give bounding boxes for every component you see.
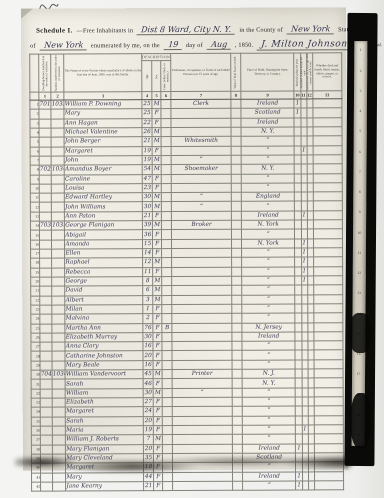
occupation-value: ” [172, 202, 232, 212]
sex-value: F [153, 416, 162, 425]
sex-value: F [152, 174, 161, 183]
real-estate-value [231, 109, 241, 118]
census-table: Dwelling-houses numbered in the order of… [29, 52, 344, 491]
sex-value: M [153, 435, 162, 444]
color-value [162, 258, 172, 267]
family-number [52, 361, 65, 370]
real-estate-value [232, 397, 242, 406]
person-name: John [64, 156, 142, 166]
age-value: 45 [143, 370, 153, 379]
person-name: John Williams [65, 202, 143, 212]
line-number: 25 [31, 324, 40, 333]
color-value [162, 370, 172, 379]
line-number: 16 [31, 240, 40, 249]
edge-page-number: 3 [354, 90, 367, 94]
person-name: Albert [65, 295, 143, 305]
birthplace-value: Ireland [241, 118, 295, 128]
col-number-13: 13 [312, 91, 341, 99]
sex-value: M [152, 165, 161, 174]
occupation-value [173, 425, 233, 435]
color-value [162, 351, 172, 360]
dwelling-number: 702 [39, 165, 51, 174]
line-number: 36 [31, 426, 40, 435]
occupation-value [172, 313, 232, 323]
schedule-title-line2: of New York enumerated by me, on the 19 … [30, 33, 382, 53]
sex-value: M [152, 128, 161, 137]
family-number [52, 202, 65, 211]
line-number: 4 [30, 128, 39, 137]
occupation-value [173, 435, 233, 445]
person-name: Mary Beale [65, 360, 143, 370]
dwelling-number [39, 147, 51, 156]
age-value: 25 [142, 109, 152, 118]
day-of-label: day of [186, 42, 203, 49]
line-number: 34 [31, 407, 40, 416]
remarks-value [313, 192, 342, 201]
col-value-header: Value of Real Estate owned. [231, 53, 241, 91]
occupation-value [173, 416, 233, 426]
age-value: 6 [143, 286, 153, 295]
remarks-value [313, 266, 342, 275]
occupation-value [173, 397, 233, 407]
occupation-value: Whitesmith [171, 137, 231, 147]
real-estate-value [232, 351, 242, 360]
birthplace-value: ” [241, 146, 295, 156]
age-value: 8 [143, 277, 153, 286]
birthplace-value: ” [242, 350, 296, 360]
birthplace-value: ” [242, 416, 296, 426]
marshal-signature: J. Milton Johnson [257, 39, 352, 50]
remarks-value [313, 211, 342, 220]
dwelling-number [40, 268, 52, 277]
color-value [162, 379, 172, 388]
person-name: Malvina [65, 314, 143, 324]
edge-page-number: 8 [353, 191, 366, 195]
sex-value: M [153, 258, 162, 267]
family-number [52, 351, 65, 360]
family-number [52, 407, 65, 416]
real-estate-value [231, 164, 241, 173]
edge-page-number: 10 [353, 232, 366, 236]
real-estate-value [232, 434, 242, 443]
family-number [51, 119, 64, 128]
dwelling-number [39, 212, 51, 221]
color-value [162, 416, 172, 425]
line-number: 11 [30, 193, 39, 202]
line-number: 27 [31, 342, 40, 351]
remarks-value [313, 145, 342, 154]
census-rows: 1 701 1033 William P. Downing 25 M Clerk… [30, 99, 344, 491]
dwelling-number [40, 296, 52, 305]
occupation-value: Clerk [171, 99, 231, 109]
age-value: 39 [142, 221, 152, 230]
person-name: Margaret [66, 407, 144, 417]
remarks-value [313, 155, 342, 164]
remarks-value [313, 285, 342, 294]
remarks-value [314, 406, 343, 415]
family-number [52, 258, 65, 267]
color-value [161, 155, 171, 164]
occupation-value [172, 211, 232, 221]
line-number: 30 [31, 370, 40, 379]
occupation-value: ” [171, 155, 231, 165]
color-value [161, 118, 171, 127]
dwelling-number [40, 249, 52, 258]
real-estate-value [232, 304, 242, 313]
dwelling-number [40, 398, 52, 407]
color-value [161, 174, 171, 183]
birthplace-value: ” [242, 257, 296, 267]
remarks-value [313, 322, 342, 331]
age-value: 2 [143, 314, 153, 323]
occupation-value [171, 109, 231, 119]
remarks-value [314, 332, 343, 341]
occupation-value [172, 248, 232, 258]
occupation-value: Shoemaker [172, 164, 232, 174]
edge-page-number: 11 [353, 252, 366, 256]
line-number: 15 [30, 231, 39, 240]
sex-value: F [153, 239, 162, 248]
real-estate-value [231, 220, 241, 229]
dwelling-number [40, 324, 52, 333]
family-number [52, 417, 65, 426]
family-number: 1034 [51, 165, 64, 174]
birthplace-value: ” [242, 388, 296, 398]
color-value [162, 388, 172, 397]
age-value: 3 [143, 295, 153, 304]
person-name: George Flanigan [65, 221, 143, 231]
sex-value: M [153, 221, 162, 230]
person-name: William P. Downing [64, 100, 142, 110]
occupation-value [172, 258, 232, 268]
col-sex-header: Sex. [152, 61, 161, 92]
dwelling-number [40, 342, 52, 351]
real-estate-value [232, 425, 242, 434]
family-number [51, 184, 64, 193]
dwelling-number [39, 184, 51, 193]
line-number: 31 [31, 380, 40, 389]
person-name: Sarah [66, 416, 144, 426]
color-value [162, 211, 172, 220]
family-number [52, 277, 65, 286]
day-handwritten: 19 [163, 40, 182, 50]
color-value [161, 109, 171, 118]
age-value: 22 [142, 118, 152, 127]
birthplace-value: ” [242, 397, 296, 407]
occupation-value: Broker [172, 220, 232, 230]
dwelling-number [39, 109, 51, 118]
family-number [51, 147, 64, 156]
family-number [52, 249, 65, 258]
real-estate-value [232, 267, 242, 276]
person-name: Jane Kearny [66, 481, 144, 491]
line-number: 3 [30, 119, 39, 128]
remarks-value [314, 360, 343, 369]
line-number: 20 [31, 277, 40, 286]
occupation-value [171, 127, 231, 137]
family-number [51, 175, 64, 184]
person-name: Maria [66, 426, 144, 436]
age-value: 30 [142, 193, 152, 202]
person-name: Ellen [65, 249, 143, 259]
edge-page-number: 9 [353, 211, 366, 215]
dwelling-number [40, 314, 52, 323]
dwelling-number [40, 361, 52, 370]
person-name: Ann Hagan [64, 118, 142, 128]
occupation-value [172, 174, 232, 184]
person-name: Ann Paton [65, 211, 143, 221]
remarks-value [313, 257, 342, 266]
age-value: 36 [143, 230, 153, 239]
age-value: 11 [143, 267, 153, 276]
line-number: 5 [30, 137, 39, 146]
occupation-value [172, 286, 232, 296]
birthplace-value: Scotland [241, 108, 295, 118]
col-number-2: 2 [51, 92, 64, 100]
real-estate-value [232, 388, 242, 397]
color-value [162, 193, 172, 202]
remarks-value [313, 294, 342, 303]
color-value [162, 407, 172, 416]
col-name-header: The Name of every Person whose usual pla… [64, 54, 142, 92]
sex-value: F [153, 351, 162, 360]
sex-value: M [152, 155, 161, 164]
line-number: 28 [31, 352, 40, 361]
color-value [162, 295, 172, 304]
dwelling-number [40, 240, 52, 249]
age-value: 25 [142, 100, 152, 109]
person-name: Abigail [65, 230, 143, 240]
remarks-value [313, 248, 342, 257]
sex-value: F [153, 304, 162, 313]
real-estate-value [231, 174, 241, 183]
dwelling-number [40, 230, 52, 239]
family-number [51, 193, 64, 202]
birthplace-value: Ireland [241, 211, 295, 221]
color-value [161, 183, 171, 192]
birthplace-value: ” [243, 481, 297, 491]
birthplace-value: N. J. [242, 369, 296, 379]
family-number: 1035 [52, 221, 65, 230]
real-estate-value [231, 248, 241, 257]
family-number [51, 137, 64, 146]
age-value: 30 [143, 388, 153, 397]
remarks-value [313, 117, 342, 126]
sex-value: M [153, 388, 162, 397]
dwelling-number [40, 352, 52, 361]
age-value: 20 [143, 351, 153, 360]
person-name: Mary [64, 109, 142, 119]
color-value [163, 435, 173, 444]
line-number: 23 [31, 305, 40, 314]
family-number: 1036 [52, 370, 65, 379]
remarks-value [314, 481, 343, 490]
dwelling-number [40, 417, 52, 426]
occupation-value [172, 183, 232, 193]
sex-value: F [153, 342, 162, 351]
sex-value: F [154, 481, 163, 490]
person-name: William J. Roberts [66, 435, 144, 445]
dwelling-number [40, 277, 52, 286]
person-name: Raphael [65, 258, 143, 268]
line-number: 17 [31, 249, 40, 258]
color-value [162, 342, 172, 351]
person-name: Elizabeth Murray [65, 332, 143, 342]
edge-page-number: 6 [354, 151, 367, 155]
birthplace-value: Ireland [242, 332, 296, 342]
remarks-value [313, 201, 342, 210]
sex-value: F [153, 314, 162, 323]
age-value: 21 [142, 211, 152, 220]
sex-value: M [152, 193, 161, 202]
age-value: 30 [142, 202, 152, 211]
description-group-header: DESCRIPTION. [142, 54, 171, 61]
birthplace-value: ” [242, 341, 296, 351]
line-number: 7 [30, 156, 39, 165]
edge-page-number: 4 [354, 110, 367, 114]
remarks-value [313, 164, 342, 173]
remarks-value [314, 378, 343, 387]
edge-page-number: 2 [354, 70, 367, 74]
age-value: 46 [143, 379, 153, 388]
remarks-value [313, 173, 342, 182]
sex-value: M [153, 295, 162, 304]
real-estate-value [231, 183, 241, 192]
person-name: Edward Hartley [65, 193, 143, 203]
age-value: 21 [142, 137, 152, 146]
occupation-value [172, 341, 232, 351]
person-name: Sarah [65, 379, 143, 389]
person-name: Louisa [65, 183, 143, 193]
dwelling-number [39, 193, 51, 202]
dwelling-number [39, 175, 51, 184]
sex-value: F [153, 379, 162, 388]
family-number [52, 389, 65, 398]
edge-page-number: 1 [354, 49, 367, 53]
col-dwelling-header: Dwelling-houses numbered in the order of… [39, 54, 51, 92]
age-value: 23 [142, 183, 152, 192]
birthplace-value: Ireland [241, 99, 295, 109]
age-value: 27 [143, 398, 153, 407]
line-number: 37 [31, 435, 40, 444]
dwelling-number [39, 203, 51, 212]
real-estate-value [231, 118, 241, 127]
person-name: Michael Valentine [64, 128, 142, 138]
person-name: David [65, 286, 143, 296]
color-value [162, 239, 172, 248]
line-number: 33 [31, 398, 40, 407]
birthplace-value: N. Jersey [242, 323, 296, 333]
remarks-value [313, 238, 342, 247]
dwelling-number [41, 482, 53, 491]
state-handwritten: New York [39, 40, 87, 50]
family-number [52, 342, 65, 351]
real-estate-value [231, 258, 241, 267]
sex-value: F [153, 230, 162, 239]
dwelling-number [40, 407, 52, 416]
age-value: 20 [143, 416, 153, 425]
family-number [52, 296, 65, 305]
person-name: Anna Clary [65, 342, 143, 352]
color-value [162, 286, 172, 295]
sex-value: F [153, 426, 162, 435]
birthplace-value: ” [241, 136, 295, 146]
remarks-value [313, 220, 342, 229]
real-estate-value [232, 276, 242, 285]
person-name: William [65, 388, 143, 398]
line-number: 35 [31, 417, 40, 426]
age-value: 19 [143, 426, 153, 435]
color-value [162, 398, 172, 407]
person-name: Margaret [64, 146, 142, 156]
occupation-value [172, 295, 232, 305]
line-number: 42 [32, 482, 41, 491]
remarks-value [313, 229, 342, 238]
occupation-value: ” [172, 388, 232, 398]
color-value: B [162, 323, 172, 332]
dwelling-number [40, 258, 52, 267]
real-estate-value [232, 416, 242, 425]
real-estate-value [232, 286, 242, 295]
family-number [53, 426, 66, 435]
person-name: Caroline [65, 174, 143, 184]
sex-value: F [152, 109, 161, 118]
dwelling-number [40, 389, 52, 398]
col-number-1: 1 [39, 92, 51, 100]
col-cannot-read-header: Persons over 20 y'rs of age who cannot r… [306, 53, 312, 91]
real-estate-value [231, 127, 241, 136]
line-number: 10 [30, 184, 39, 193]
col-age-header: Age. [142, 61, 152, 92]
col-occupation-header: Profession, Occupation, or Trade of each… [171, 53, 231, 91]
birthplace-value: ” [242, 425, 296, 435]
age-value: 19 [142, 156, 152, 165]
birthplace-value: ” [242, 304, 296, 314]
family-number [53, 482, 66, 491]
person-name: Amanda [65, 239, 143, 249]
person-name: George [65, 277, 143, 287]
dwelling-number [40, 305, 52, 314]
person-name: Catharine Johnston [65, 351, 143, 361]
family-number [52, 333, 65, 342]
occupation-value [171, 146, 231, 156]
age-value: 16 [143, 342, 153, 351]
family-number [52, 230, 65, 239]
birthplace-value: N. Y. [241, 127, 295, 137]
birthplace-value: ” [242, 360, 296, 370]
gutter-header [30, 54, 39, 92]
birthplace-value: ” [241, 183, 295, 193]
family-number [51, 156, 64, 165]
line-number: 18 [31, 258, 40, 267]
col-number-9: 9 [241, 91, 295, 99]
col-remarks-header: Whether deaf and dumb, blind, insane, id… [312, 53, 342, 91]
census-paper: Schedule I. —Free Inhabitants in Dist 8 … [21, 7, 348, 470]
occupation-value [172, 304, 232, 314]
birthplace-value: N. Y. [241, 164, 295, 174]
occupation-value [172, 230, 232, 240]
real-estate-value [231, 230, 241, 239]
real-estate-value [231, 99, 241, 108]
occupation-value [172, 267, 232, 277]
occupation-value [172, 360, 232, 370]
age-value: 47 [142, 174, 152, 183]
birthplace-value: ” [241, 174, 295, 184]
gutter-number-cell [30, 92, 39, 100]
col-number-7: 7 [171, 91, 231, 99]
person-name: Amandus Boyer [64, 165, 142, 175]
dwelling-number [40, 379, 52, 388]
